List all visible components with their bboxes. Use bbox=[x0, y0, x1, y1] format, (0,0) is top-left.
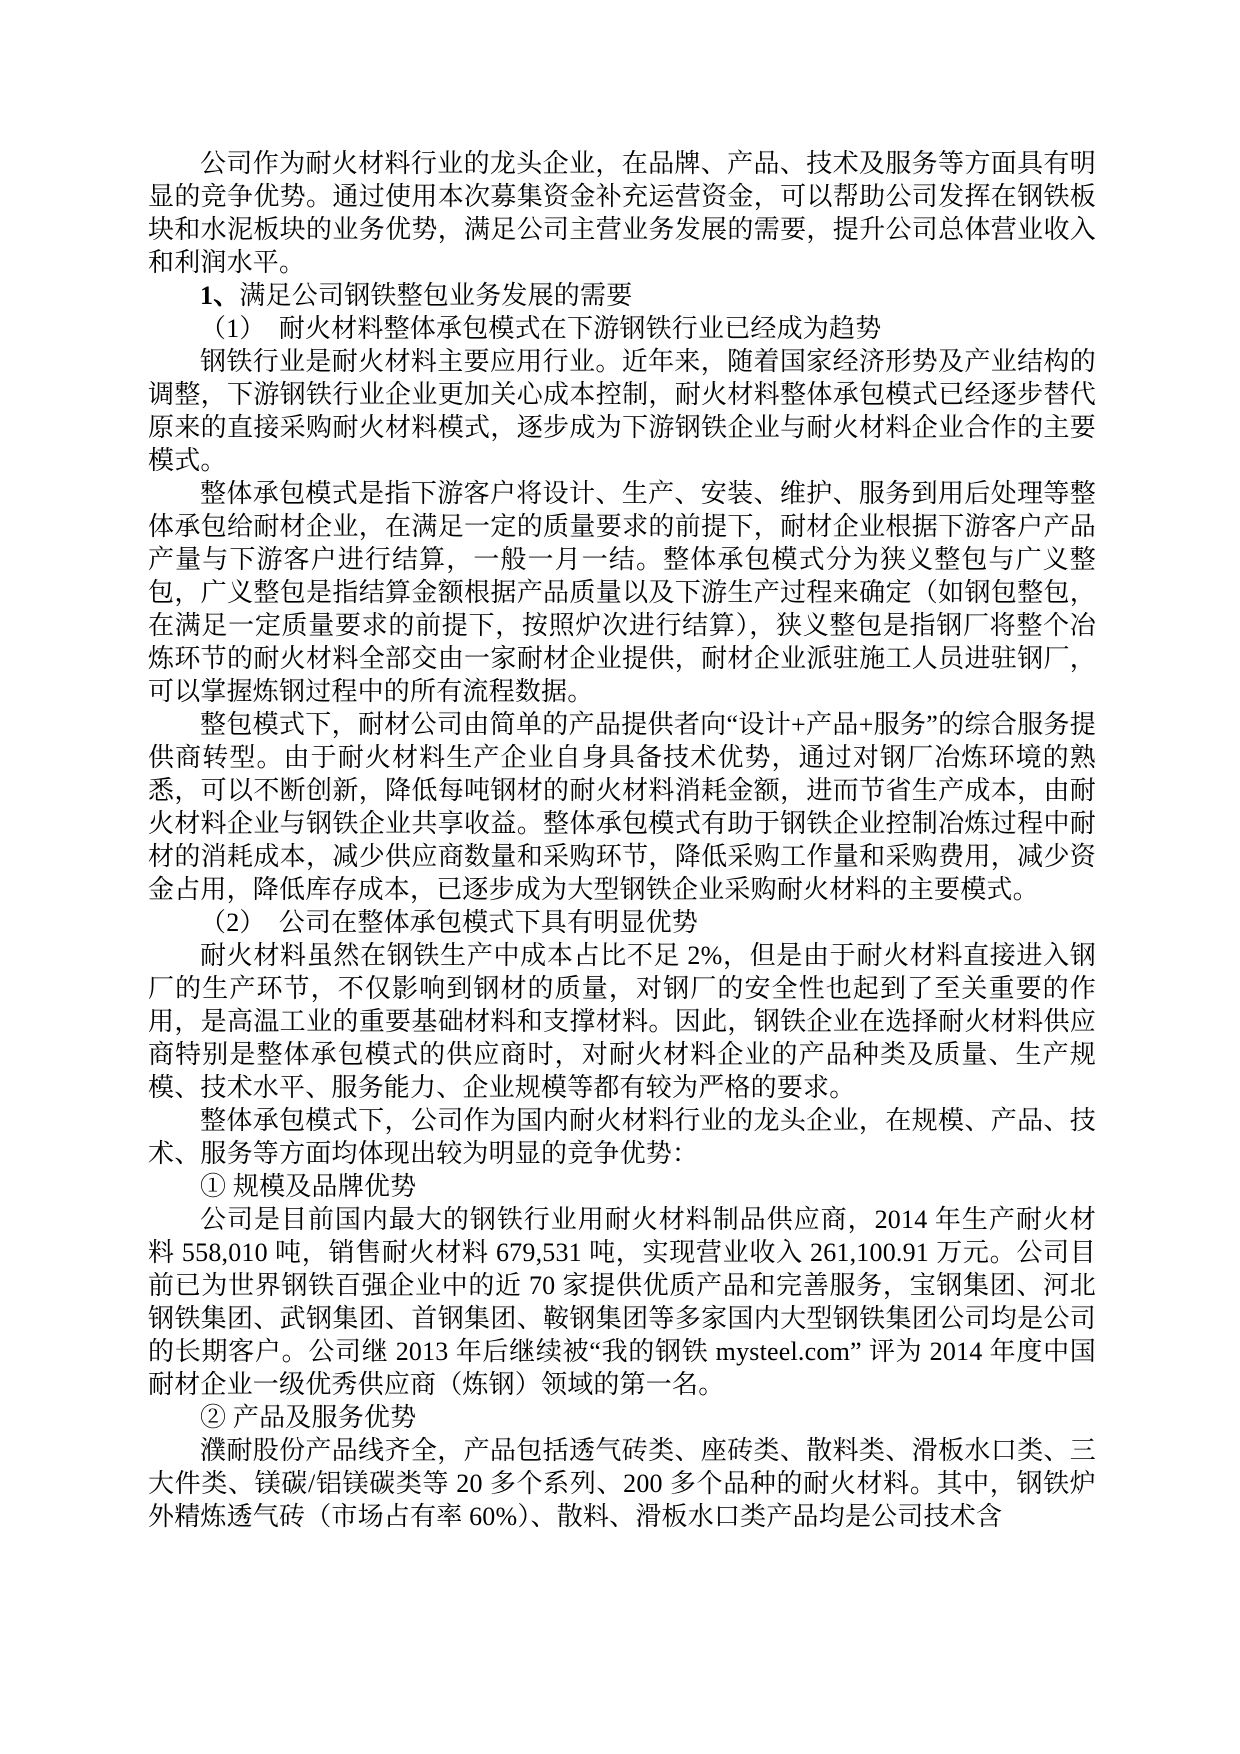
paragraph-scale-brand-detail: 公司是目前国内最大的钢铁行业用耐火材料制品供应商，2014 年生产耐火材料 55… bbox=[148, 1203, 1096, 1401]
section-heading-1: 1、满足公司钢铁整包业务发展的需要 bbox=[148, 279, 1096, 312]
section-heading-1-label: 满足公司钢铁整包业务发展的需要 bbox=[239, 281, 632, 310]
intro-paragraph: 公司作为耐火材料行业的龙头企业，在品牌、产品、技术及服务等方面具有明显的竞争优势… bbox=[148, 147, 1096, 279]
subsection-heading-1-2: （2） 公司在整体承包模式下具有明显优势 bbox=[148, 906, 1096, 939]
paragraph-contract-model-benefits: 整包模式下，耐材公司由简单的产品提供者向“设计+产品+服务”的综合服务提供商转型… bbox=[148, 708, 1096, 906]
paragraph-refractory-importance: 耐火材料虽然在钢铁生产中成本占比不足 2%，但是由于耐火材料直接进入钢厂的生产环… bbox=[148, 939, 1096, 1104]
paragraph-steel-industry: 钢铁行业是耐火材料主要应用行业。近年来，随着国家经济形势及产业结构的调整，下游钢… bbox=[148, 345, 1096, 477]
subheading-scale-brand-advantage: ① 规模及品牌优势 bbox=[148, 1170, 1096, 1203]
paragraph-contract-model-definition: 整体承包模式是指下游客户将设计、生产、安装、维护、服务到用后处理等整体承包给耐材… bbox=[148, 477, 1096, 708]
paragraph-product-service-detail: 濮耐股份产品线齐全，产品包括透气砖类、座砖类、散料类、滑板水口类、三大件类、镁碳… bbox=[148, 1434, 1096, 1533]
paragraph-company-advantages-intro: 整体承包模式下，公司作为国内耐火材料行业的龙头企业，在规模、产品、技术、服务等方… bbox=[148, 1104, 1096, 1170]
document-page: 公司作为耐火材料行业的龙头企业，在品牌、产品、技术及服务等方面具有明显的竞争优势… bbox=[0, 0, 1240, 1754]
section-heading-1-number: 1、 bbox=[200, 281, 239, 310]
subheading-product-service-advantage: ② 产品及服务优势 bbox=[148, 1401, 1096, 1434]
subsection-heading-1-1: （1） 耐火材料整体承包模式在下游钢铁行业已经成为趋势 bbox=[148, 312, 1096, 345]
document-body: 公司作为耐火材料行业的龙头企业，在品牌、产品、技术及服务等方面具有明显的竞争优势… bbox=[148, 147, 1096, 1533]
